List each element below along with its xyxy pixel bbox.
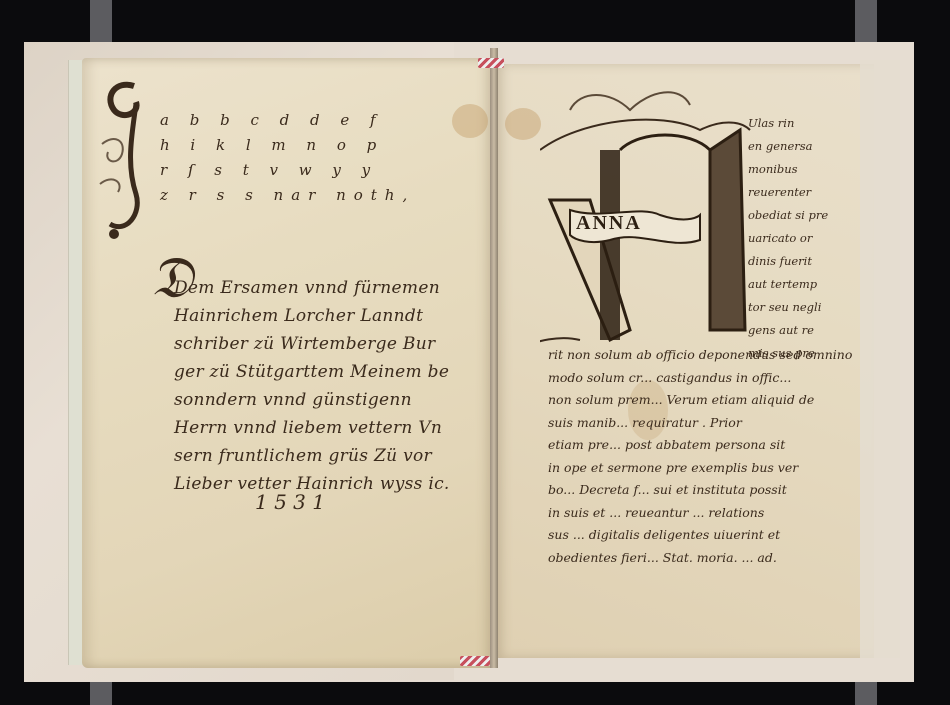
letter-line: schriber zü Wirtemberge Bur	[174, 330, 450, 358]
latin-line: modo solum cr... castigandus in offic...	[548, 367, 852, 390]
latin-line: tor seu negli	[748, 296, 828, 319]
anna-banner-text: ANNA	[576, 212, 642, 235]
latin-line: rit non solum ab officio deponendus sed …	[548, 344, 852, 367]
alphabet-line: a b b c d d e f	[160, 108, 415, 133]
letter-line: Hainrichem Lorcher Lanndt	[174, 302, 450, 330]
latin-line: in suis et ... reueantur ... relations	[548, 502, 852, 525]
right-page-edge	[860, 60, 900, 658]
alphabet-sample: a b b c d d e f h i k l m n o p r ſ s t …	[160, 108, 415, 208]
latin-line: dinis fuerit	[748, 250, 828, 273]
spine-thread-top	[478, 58, 504, 68]
latin-line: uaricato or	[748, 227, 828, 250]
alphabet-line: z r s s nar noth,	[160, 183, 415, 208]
latin-line: en genersa	[748, 135, 828, 158]
letter-text: Dem Ersamen vnnd fürnemen Hainrichem Lor…	[150, 274, 450, 498]
letter-line: ger zü Stütgarttem Meinem be	[174, 358, 450, 386]
alphabet-line: h i k l m n o p	[160, 133, 415, 158]
latin-line: sus ... digitalis deligentes uiuerint et	[548, 524, 852, 547]
illuminated-a-icon	[540, 90, 760, 350]
decorated-initial-icon	[96, 74, 166, 244]
latin-line: in ope et sermone pre exemplis bus ver	[548, 457, 852, 480]
latin-line: obediat si pre	[748, 204, 828, 227]
letter-line: sonndern vnnd günstigenn	[174, 386, 450, 414]
letter-line: Dem Ersamen vnnd fürnemen	[174, 274, 450, 302]
latin-line: non solum prem... Verum etiam aliquid de	[548, 389, 852, 412]
date-line: 1 5 3 1	[255, 490, 325, 514]
alphabet-line: r ſ s t v w y y	[160, 158, 415, 183]
latin-line: reuerenter	[748, 181, 828, 204]
letter-line: sern fruntlichem grüs Zü vor	[174, 442, 450, 470]
stain-right-page	[505, 108, 541, 140]
latin-line: aut tertemp	[748, 273, 828, 296]
spine-thread-bottom	[460, 656, 490, 666]
latin-line: Ulas rin	[748, 112, 828, 135]
latin-line: obedientes fieri... Stat. moria. ... ad.	[548, 547, 852, 570]
latin-line: bo... Decreta f... sui et instituta poss…	[548, 479, 852, 502]
latin-line: monibus	[748, 158, 828, 181]
latin-side-column: Ulas rin en genersa monibus reuerenter o…	[748, 112, 828, 365]
book-gutter	[490, 48, 498, 668]
stain-left-page	[452, 104, 488, 138]
letter-line: Herrn vnnd liebem vettern Vn	[174, 414, 450, 442]
latin-line: suis manib... requiratur . Prior	[548, 412, 852, 435]
latin-body-text: rit non solum ab officio deponendus sed …	[548, 344, 852, 569]
latin-line: etiam pre... post abbatem persona sit	[548, 434, 852, 457]
latin-line: gens aut re	[748, 319, 828, 342]
